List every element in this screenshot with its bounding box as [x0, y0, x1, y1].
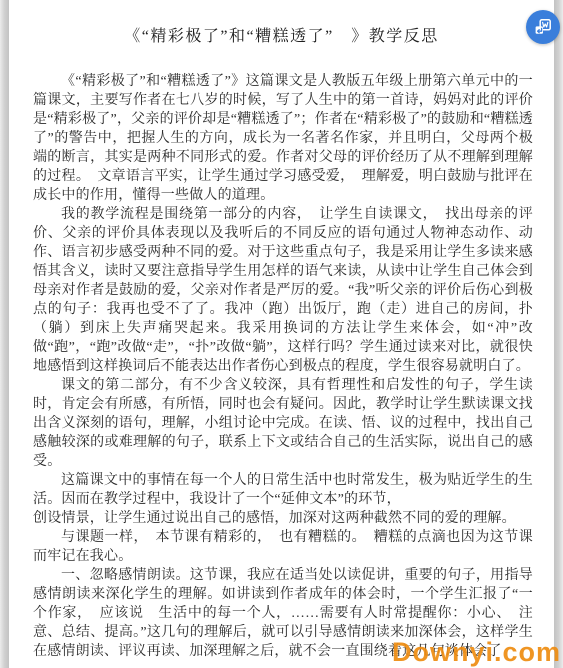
- paragraph: 课文的第二部分，有不少含义较深，具有哲理性和启发性的句子，学生读时，肯定会有所感…: [33, 376, 533, 471]
- word-convert-button[interactable]: [526, 10, 560, 44]
- paragraph: 我的教学流程是围绕第一部分的内容， 让学生自读课文， 找出母亲的评价、父亲的评价…: [33, 205, 533, 376]
- paragraph: 《“精彩极了”和“糟糕透了”》这篇课文是人教版五年级上册第六单元中的一篇课文，主…: [33, 72, 533, 205]
- viewer-left-edge: [0, 0, 9, 668]
- paragraph: 这篇课文中的事情在每一个人的日常生活中也时常发生，极为贴近学生的生活。因而在教学…: [33, 471, 533, 509]
- document-page: 《“精彩极了”和“糟糕透了” 》教学反思 《“精彩极了”和“糟糕透了”》这篇课文…: [9, 0, 554, 668]
- word-convert-icon: [533, 17, 553, 37]
- document-body: 《“精彩极了”和“糟糕透了”》这篇课文是人教版五年级上册第六单元中的一篇课文，主…: [33, 72, 533, 661]
- viewer-right-edge: [554, 0, 563, 668]
- document-title: 《“精彩极了”和“糟糕透了” 》教学反思: [19, 27, 544, 47]
- paragraph: 与课题一样， 本节课有精彩的， 也有糟糕的。 糟糕的点滴也因为这节课而牢记在我心…: [33, 528, 533, 566]
- paragraph: 一、忽略感情朗读。这节课，我应在适当处以读促讲，重要的句子，用指导感情朗读来深化…: [33, 566, 533, 661]
- paragraph: 创设情景，让学生通过说出自己的感悟，加深对这两种截然不同的爱的理解。: [33, 509, 533, 528]
- document-viewer: 《“精彩极了”和“糟糕透了” 》教学反思 《“精彩极了”和“糟糕透了”》这篇课文…: [0, 0, 563, 668]
